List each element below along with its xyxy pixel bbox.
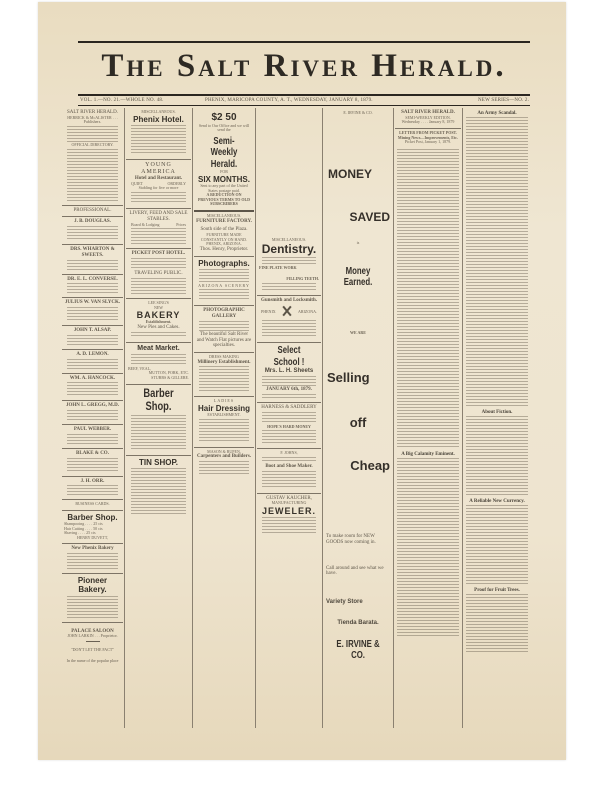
photographs-heading: Photographs. [196,259,252,268]
professional-card-name: J. H. ORR. [64,479,121,485]
palace-owner: JOHN LARKIN . . . Proprietor. [64,634,121,639]
volume-number: VOL. 1.—NO. 21.—WHOLE NO. 48. [80,98,164,103]
dont-fail-line: "DON'T LET THE FACT" [64,648,121,653]
semi-weekly-herald: Semi-Weekly Herald. [202,136,246,171]
column-5: E. IRVINE & CO. MONEY SAVED is Money Ear… [324,108,392,662]
column-divider [255,108,256,728]
professional-card-name: BLAKE & CO. [64,451,121,457]
carpenters-heading: Carpenters and Builders. [196,454,252,460]
reduction-notice: A REDUCTION ON PREVIOUS TERMS TO OLD SUB… [196,193,252,207]
subscription-price: $2 50 [196,112,252,124]
traveling-public: TRAVELING PUBLIC. [128,271,189,277]
rates-prices: Prices [176,222,186,227]
meat-market-heading: Meat Market. [128,345,189,353]
selling-word: Selling [324,371,392,386]
news-head-1: A Big Calamity Eminent. [395,452,461,457]
tienda-barata: Tienda Barata. [324,620,392,627]
professional-card-name: J. B. DOUGLAS. [64,219,121,225]
professional-card: JOHN T. ALSAP. [62,326,123,350]
filling-teeth: FILLING TEETH. [259,277,319,282]
col1-footer: In the name of the popular place [64,659,121,664]
col1-professional-title: PROFESSIONAL. [64,208,121,214]
news-head-2: A Reliable New Currency. [464,499,530,504]
col6-date: Wednesday . . . . January 8, 1879 [397,120,459,125]
call-around: Call around and see what we have. [324,566,392,578]
masthead-rule [78,94,530,96]
professional-card: A. D. LEMON. [62,350,123,374]
arizona-scenery: ARIZONA SCENERY [196,284,252,289]
boot-maker-name: F. JOHNS, [259,451,319,456]
gunsmith-heading: Gunsmith and Locksmith. [259,298,319,304]
school-date: JANUARY 6th, 1879. [259,387,319,393]
millinery-heading: Millinery Establishment. [196,360,252,366]
professional-card-name: DRS. WHARTON & SWEETS. [64,247,121,259]
column-7: An Army Scandal. About Fiction. A Reliab… [464,108,530,655]
money-word: MONEY [324,168,392,182]
saved-word: SAVED [324,211,392,225]
column-1: SALT RIVER HERALD. HERRICK & McALISTER .… [62,108,123,666]
dentistry-heading: Dentistry. [259,243,319,257]
professional-card: JULIUS W. VAN SLYCK. [62,298,123,326]
top-rule [78,41,530,43]
meat-owner: STUBBS & GILLERE. [128,376,189,381]
new-goods: To make room for NEW GOODS now coming in… [324,534,392,546]
column-6: SALT RIVER HERALD. SEMI-WEEKLY EDITION. … [395,108,461,639]
place-date: PHENIX, MARICOPA COUNTY, A. T., WEDNESDA… [205,98,373,103]
column-4: MISCELLANEOUS. Dentistry. FINE PLATE WOR… [257,108,321,539]
professional-card: J. H. ORR. [62,477,123,501]
column-divider [192,108,193,728]
professional-cards-list: J. B. DOUGLAS.DRS. WHARTON & SWEETS.DR. … [62,217,123,500]
professional-card-name: A. D. LEMON. [64,352,121,358]
professional-card: PAUL WEBBER. [62,425,123,449]
professional-card: JOHN L. GREGG, M.D. [62,401,123,425]
pies-cakes: New Pies and Cakes. [128,325,189,331]
cheap-word: Cheap [324,459,392,474]
boot-shoe-heading: Boot and Shoe Maker. [259,464,319,470]
harness-heading: HARNESS & SADDLERY [259,405,319,411]
professional-card: DRS. WHARTON & SWEETS. [62,245,123,275]
column-divider [322,108,323,728]
barber-owner: HENRY DUVETT, [64,536,121,541]
column-3: $2 50 Send to Our Office and we will sen… [194,108,254,479]
plate-work: FINE PLATE WORK [259,266,319,271]
phenix-bakery-heading: New Phenix Bakery [64,546,121,552]
professional-card: DR. E. L. CONVERSE. [62,275,123,299]
hair-establishment: ESTABLISHMENT. [196,413,252,418]
army-scandal-head: An Army Scandal. [464,111,530,116]
hard-money: HOPE'S HARD MONEY [259,425,319,430]
pioneer-bakery-heading: Pioneer Bakery. [64,576,121,594]
professional-card-name: JULIUS W. VAN SLYCK. [64,300,121,306]
livery-heading: LIVERY, FEED AND SALE STABLES. [128,211,189,223]
col1-publishers: HERRICK & McALISTER . . . Publishers. [64,116,121,125]
professional-card-name: WM. A. HANCOCK. [64,376,121,382]
professional-card: J. B. DOUGLAS. [62,217,123,245]
professional-card: WM. A. HANCOCK. [62,374,123,402]
phenix-hotel-heading: Phenix Hotel. [128,115,189,124]
furniture-proprietor: Thos. Henry, Proprietor. [196,247,252,253]
professional-card-name: PAUL WEBBER. [64,427,121,433]
masthead-title: The Salt River Herald. [78,48,530,85]
crossed-guns-icon [276,305,298,317]
jeweler-heading: JEWELER. [259,506,319,516]
news-head-3: Proof for Fruit Trees. [464,588,530,593]
dateline-rule [78,105,530,106]
barber-shop-2-heading: Barber Shop. [135,387,183,415]
col1-directory-title: OFFICIAL DIRECTORY. [64,143,121,148]
off-word: off [324,416,392,431]
series-number: NEW SERIES—NO. 2. [478,98,529,103]
furniture-factory: FURNITURE FACTORY. [196,219,252,225]
column-divider [124,108,125,728]
photographic-gallery: PHOTOGRAPHIC GALLERY [196,308,252,320]
beautiful-pictures: The beautiful Salt River and Watch Flat … [196,332,252,349]
professional-card-name: JOHN L. GREGG, M.D. [64,403,121,409]
tin-shop-heading: TIN SHOP. [128,458,189,467]
column-divider [462,108,463,728]
column-2: MISCELLANEOUS. Phenix Hotel. YOUNG AMERI… [126,108,191,520]
col1-business-title: BUSINESS CARDS. [64,502,121,507]
phenix-label: PHENIX [261,309,276,314]
rates-board: Board & Lodging [131,222,159,227]
about-fiction-head: About Fiction. [464,410,530,415]
irvine-firm: E. IRVINE & CO. [331,639,384,662]
young-america-heading: YOUNG AMERICA [128,162,189,176]
column-divider [393,108,394,728]
money-earned: Money Earned. [331,266,384,289]
professional-card-name: DR. E. L. CONVERSE. [64,277,121,283]
send-line: Send to Our Office and we will send the [196,124,252,133]
professional-card: BLAKE & CO. [62,449,123,477]
professional-card-name: JOHN T. ALSAP. [64,328,121,334]
letter-dateline: Picket Post, January 1, 1879. [397,140,459,145]
arizona-label: ARIZONA. [298,309,317,314]
stable-hint: Stabling for five or more [128,186,189,191]
picket-post-heading: PICKET POST HOTEL. [128,251,189,257]
variety-store: Variety Store [324,599,392,606]
select-school-heading: Select School ! [266,345,313,368]
mrs-sheets: Mrs. L. H. Sheets [259,368,319,375]
